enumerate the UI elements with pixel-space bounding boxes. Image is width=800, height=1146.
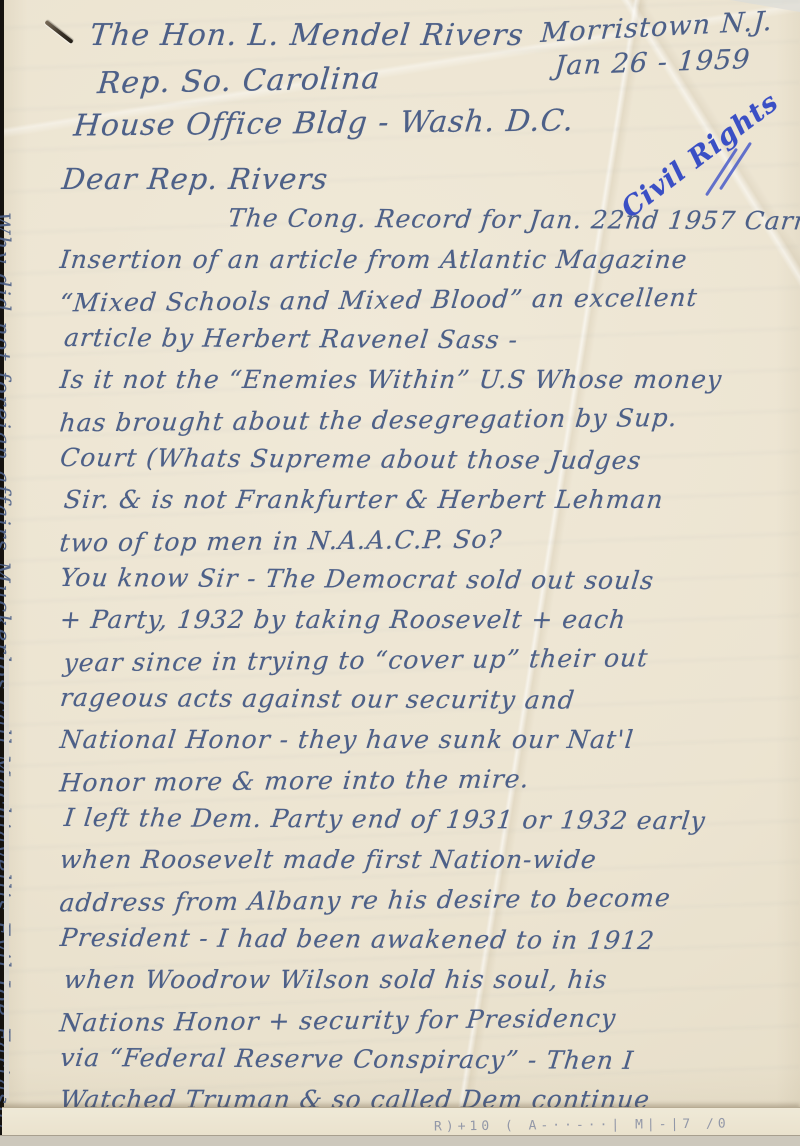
body-line: Sir. & is not Frankfurter & Herbert Lehm… [62,480,800,520]
dateline-date: Jan 26 - 1959 [553,43,773,82]
scanner-background [0,1135,800,1146]
body-line: rageous acts against our security and [58,678,800,722]
body-line: You know Sir - The Democrat sold out sou… [58,558,800,602]
body-line: address from Albany re his desire to bec… [58,877,800,924]
body-line: when Woodrow Wilson sold his soul, his [62,960,800,1000]
body-line: Is it not the “Enemies Within” U.S Whose… [58,360,800,400]
staple [44,20,73,44]
greeting: Dear Rep. Rivers [60,162,330,196]
body-line: + Party, 1932 by taking Roosevelt + each [58,600,800,640]
body-line: The Cong. Record for Jan. 22nd 1957 Carr… [226,198,800,241]
body-line: “Mixed Schools and Mixed Blood” an excel… [58,277,800,324]
body-line: two of top men in N.A.A.C.P. So? [58,517,800,564]
body-line: via “Federal Reserve Conspiracy” - Then … [58,1038,800,1082]
body-line: I left the Dem. Party end of 1931 or 193… [62,798,800,842]
body-line: National Honor - they have sunk our Nat'… [58,720,800,760]
civil-rights-annotation: Civil Rights [602,96,792,206]
letter-paper: The Hon. L. Mendel RiversRep. So. Caroli… [4,0,800,1122]
dateline: Morristown N.J. Jan 26 - 1959 [541,12,772,78]
scanned-letter: The Hon. L. Mendel RiversRep. So. Caroli… [0,0,800,1146]
body-line: Honor more & more into the mire. [58,757,800,804]
recipient-line: Rep. So. Carolina [96,54,576,106]
recipient-address: The Hon. L. Mendel RiversRep. So. Caroli… [90,14,574,146]
body-line: President - I had been awakened to in 19… [58,918,800,962]
dateline-place: Morristown N.J. [540,6,774,49]
body-line: when Roosevelt made first Nation-wide [58,840,800,880]
recipient-line: House Office Bldg - Wash. D.C. [72,99,577,148]
body-line: article by Herbert Ravenel Sass - [62,318,800,362]
illegible-fragment: R)+10 ( A-··-··| M|-|7 /0 [434,1116,730,1134]
body-line: Insertion of an article from Atlantic Ma… [58,240,800,280]
letter-body: The Cong. Record for Jan. 22nd 1957 Carr… [60,200,800,1120]
scan-edge-strip [4,655,9,1098]
body-line: has brought about the desegregation by S… [58,397,800,444]
body-line: year since in trying to “cover up” their… [62,637,800,684]
body-line: Court (Whats Supreme about those Judges [58,438,800,482]
recipient-line: The Hon. L. Mendel Rivers [88,14,576,58]
body-line: Nations Honor + security for Presidency [58,997,800,1044]
second-page-edge: R)+10 ( A-··-··| M|-|7 /0 [2,1107,800,1136]
